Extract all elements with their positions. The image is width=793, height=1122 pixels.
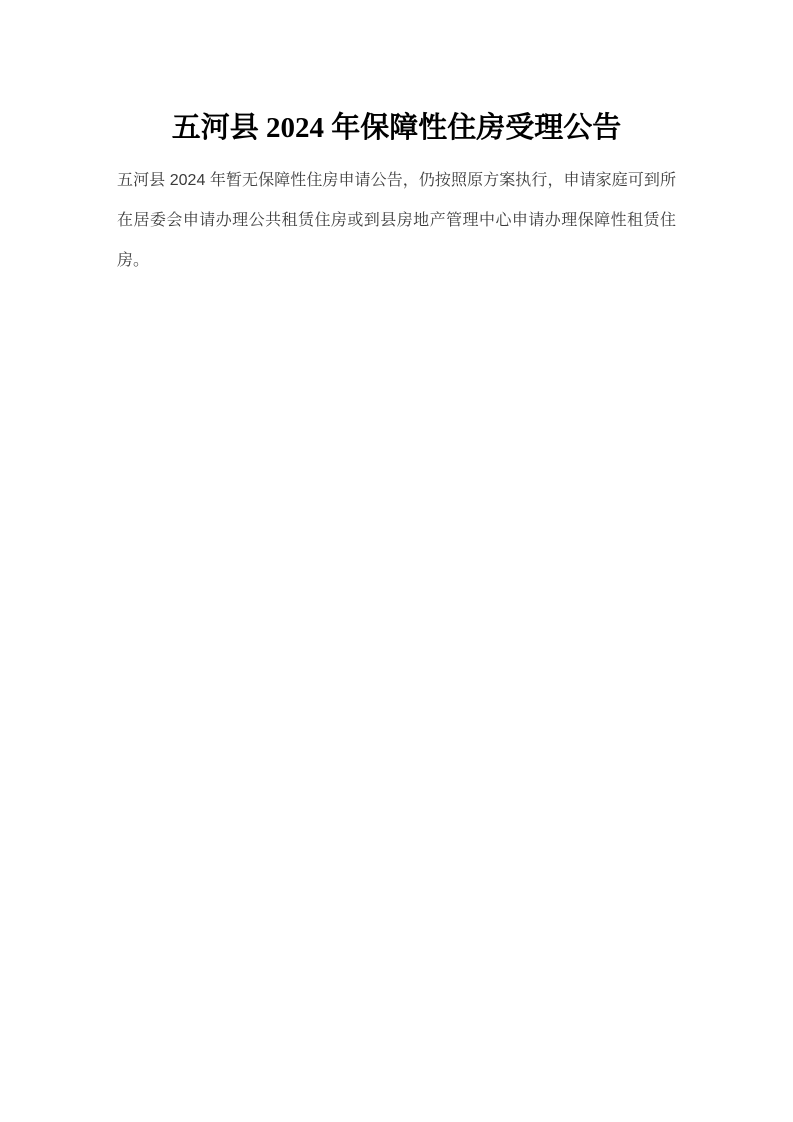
document-page: 五河县 2024 年保障性住房受理公告 五河县 2024 年暂无保障性住房申请公… [0, 0, 793, 1122]
document-paragraph: 五河县 2024 年暂无保障性住房申请公告，仍按照原方案执行，申请家庭可到所在居… [117, 161, 676, 281]
document-title: 五河县 2024 年保障性住房受理公告 [117, 108, 676, 148]
